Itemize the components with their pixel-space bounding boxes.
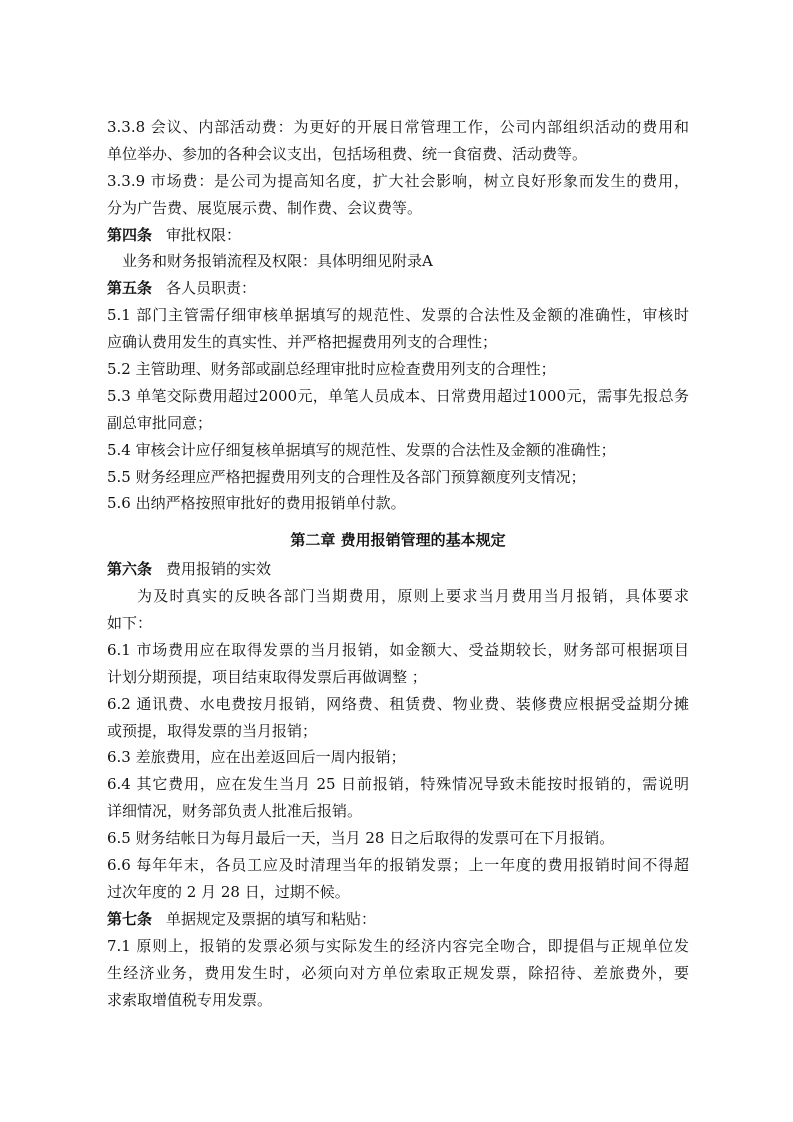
paragraph-line: 业务和财务报销流程及权限：具体明细见附录A [107, 248, 689, 275]
paragraph-line: 详细情况，财务部负责人批准后报销。 [107, 798, 689, 825]
paragraph-line: 5.2 主管助理、财务部或副总经理审批时应检查费用列支的合理性； [107, 356, 689, 383]
paragraph-line: 分为广告费、展览展示费、制作费、会议费等。 [107, 195, 689, 222]
article-label: 第五条 [107, 279, 152, 297]
paragraph-line: 单位举办、参加的各种会议支出，包括场租费、统一食宿费、活动费等。 [107, 141, 689, 168]
paragraph-line: 5.4 审核会计应仔细复核单据填写的规范性、发票的合法性及金额的准确性； [107, 437, 689, 464]
article-title: 审批权限： [166, 226, 241, 244]
article-heading-7: 第七条单据规定及票据的填写和粘贴： [107, 906, 689, 933]
article-label: 第四条 [107, 226, 152, 244]
paragraph-line: 5.6 出纳严格按照审批好的费用报销单付款。 [107, 490, 689, 517]
paragraph-line: 应确认费用发生的真实性、并严格把握费用列支的合理性； [107, 329, 689, 356]
article-title: 单据规定及票据的填写和粘贴： [166, 910, 376, 928]
article-label: 第六条 [107, 560, 152, 578]
paragraph-line: 6.2 通讯费、水电费按月报销，网络费、租赁费、物业费、装修费应根据受益期分摊 [107, 691, 689, 718]
paragraph-line: 求索取增值税专用发票。 [107, 987, 689, 1014]
paragraph-line: 6.5 财务结帐日为每月最后一天，当月 28 日之后取得的发票可在下月报销。 [107, 825, 689, 852]
chapter-heading: 第二章 费用报销管理的基本规定 [107, 527, 689, 554]
paragraph-line: 6.3 差旅费用，应在出差返回后一周内报销； [107, 744, 689, 771]
paragraph-line: 6.6 每年年末，各员工应及时清理当年的报销发票；上一年度的费用报销时间不得超 [107, 852, 689, 879]
paragraph-line: 6.4 其它费用，应在发生当月 25 日前报销，特殊情况导致未能按时报销的，需说… [107, 771, 689, 798]
paragraph-line: 6.1 市场费用应在取得发票的当月报销，如金额大、受益期较长，财务部可根据项目 [107, 637, 689, 664]
paragraph-line: 副总审批同意； [107, 410, 689, 437]
paragraph-line: 5.3 单笔交际费用超过2000元，单笔人员成本、日常费用超过1000元，需事先… [107, 383, 689, 410]
document-page: 3.3.8 会议、内部活动费：为更好的开展日常管理工作，公司内部组织活动的费用和… [107, 114, 689, 1013]
paragraph-line: 生经济业务，费用发生时，必须向对方单位索取正规发票，除招待、差旅费外，要 [107, 960, 689, 987]
paragraph-line: 如下： [107, 610, 689, 637]
paragraph-line: 5.5 财务经理应严格把握费用列支的合理性及各部门预算额度列支情况； [107, 464, 689, 491]
article-heading-5: 第五条各人员职责： [107, 275, 689, 302]
paragraph-line: 3.3.9 市场费：是公司为提高知名度，扩大社会影响，树立良好形象而发生的费用， [107, 168, 689, 195]
paragraph-line: 7.1 原则上，报销的发票必须与实际发生的经济内容完全吻合，即提倡与正规单位发 [107, 933, 689, 960]
paragraph-line: 或预提，取得发票的当月报销； [107, 718, 689, 745]
article-title: 各人员职责： [166, 279, 256, 297]
article-heading-6: 第六条费用报销的实效 [107, 556, 689, 583]
article-label: 第七条 [107, 910, 152, 928]
paragraph-line: 计划分期预提，项目结束取得发票后再做调整 ； [107, 664, 689, 691]
paragraph-line: 5.1 部门主管需仔细审核单据填写的规范性、发票的合法性及金额的准确性，审核时 [107, 302, 689, 329]
article-heading-4: 第四条审批权限： [107, 222, 689, 249]
paragraph-line: 3.3.8 会议、内部活动费：为更好的开展日常管理工作，公司内部组织活动的费用和 [107, 114, 689, 141]
paragraph-line: 为及时真实的反映各部门当期费用，原则上要求当月费用当月报销，具体要求 [107, 583, 689, 610]
paragraph-line: 过次年度的 2 月 28 日，过期不候。 [107, 879, 689, 906]
article-title: 费用报销的实效 [166, 560, 271, 578]
